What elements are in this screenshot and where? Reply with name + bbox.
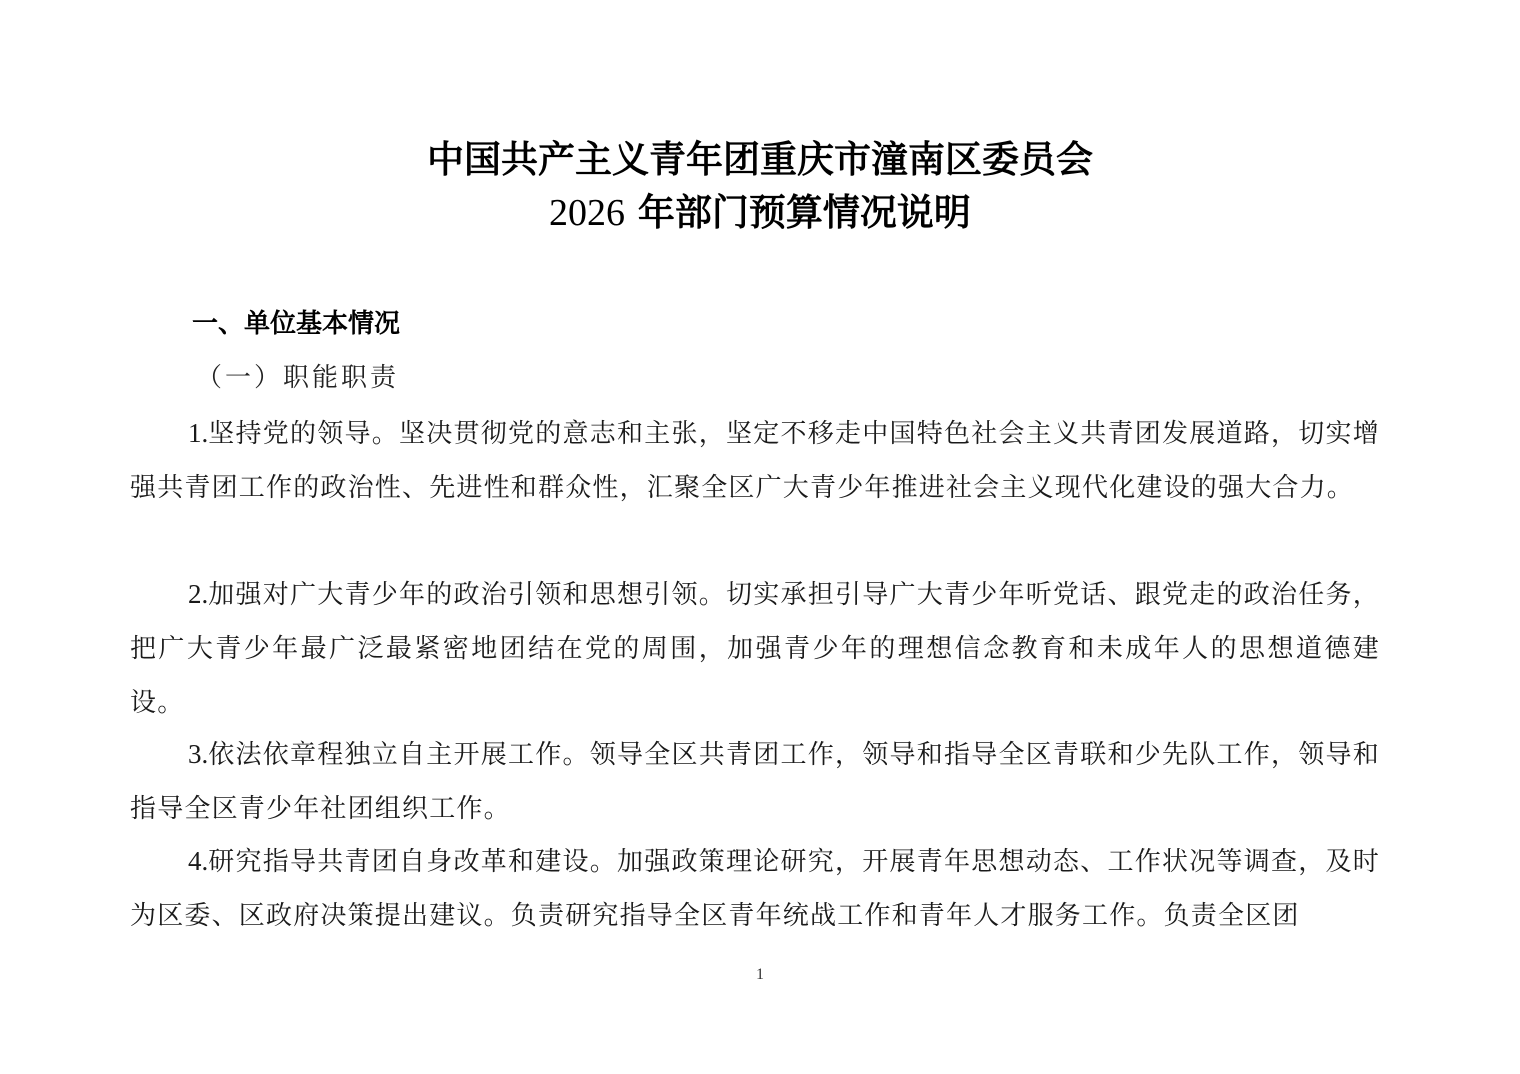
- section-heading: 一、单位基本情况: [192, 304, 400, 344]
- title-subtitle: 年部门预算情况说明: [625, 190, 971, 234]
- paragraph-text: 依法依章程独立自主开展工作。领导全区共青团工作，领导和指导全区青联和少先队工作，…: [130, 740, 1380, 824]
- subsection-heading: （一）职能职责: [196, 358, 399, 398]
- paragraph-number: 4.: [188, 846, 208, 876]
- paragraph-text: 加强对广大青少年的政治引领和思想引领。切实承担引导广大青少年听党话、跟党走的政治…: [130, 580, 1380, 718]
- paragraph-number: 2.: [188, 579, 208, 609]
- page-number: 1: [0, 966, 1520, 984]
- paragraph-number: 3.: [188, 739, 208, 769]
- paragraph-4: 4.研究指导共青团自身改革和建设。加强政策理论研究，开展青年思想动态、工作状况等…: [130, 834, 1380, 943]
- paragraph-2: 2.加强对广大青少年的政治引领和思想引领。切实承担引导广大青少年听党话、跟党走的…: [130, 567, 1380, 730]
- title-year: 2026: [549, 192, 625, 234]
- paragraph-text: 研究指导共青团自身改革和建设。加强政策理论研究，开展青年思想动态、工作状况等调查…: [130, 847, 1380, 931]
- paragraph-number: 1.: [188, 418, 208, 448]
- paragraph-1: 1.坚持党的领导。坚决贯彻党的意志和主张，坚定不移走中国特色社会主义共青团发展道…: [130, 406, 1380, 515]
- document-title-line2: 2026 年部门预算情况说明: [0, 186, 1520, 239]
- paragraph-3: 3.依法依章程独立自主开展工作。领导全区共青团工作，领导和指导全区青联和少先队工…: [130, 727, 1380, 836]
- paragraph-text: 坚持党的领导。坚决贯彻党的意志和主张，坚定不移走中国特色社会主义共青团发展道路，…: [130, 419, 1380, 503]
- document-page: 中国共产主义青年团重庆市潼南区委员会 2026 年部门预算情况说明 一、单位基本…: [0, 0, 1520, 1074]
- document-title-line1: 中国共产主义青年团重庆市潼南区委员会: [0, 133, 1520, 185]
